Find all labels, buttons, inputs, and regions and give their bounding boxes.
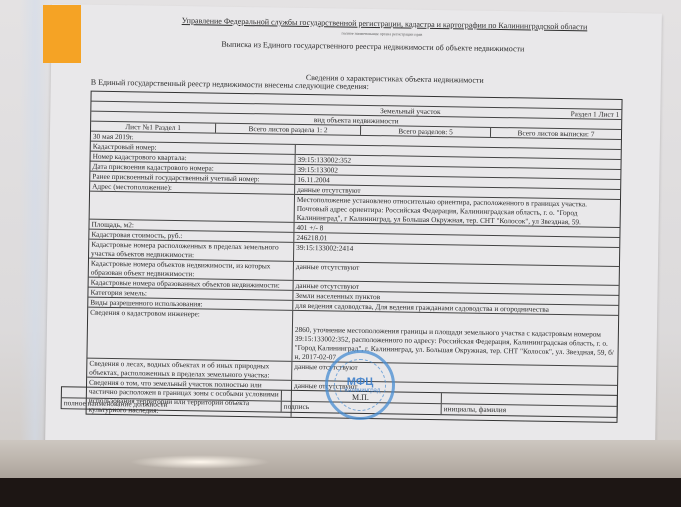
name-caption: инициалы, фамилия (442, 404, 617, 417)
document-title: Выписка из Единого государственного реес… (221, 40, 524, 54)
orange-sticky-tab (43, 5, 81, 63)
stamp-org: МФЦ (347, 376, 374, 388)
dark-background (0, 478, 681, 507)
section-sheet: Раздел 1 Лист 1 (541, 109, 621, 119)
binder-edge (0, 440, 681, 480)
light-reflection (130, 455, 270, 469)
position-caption: полное наименование должности (62, 398, 282, 411)
mfc-stamp: МФЦ г. Калининград (325, 350, 395, 420)
authority-caption: полное наименование органа регистрации п… (342, 31, 423, 37)
authority-name: Управление Федеральной службы государств… (182, 16, 588, 31)
seal-caption: М.П. (352, 393, 369, 402)
